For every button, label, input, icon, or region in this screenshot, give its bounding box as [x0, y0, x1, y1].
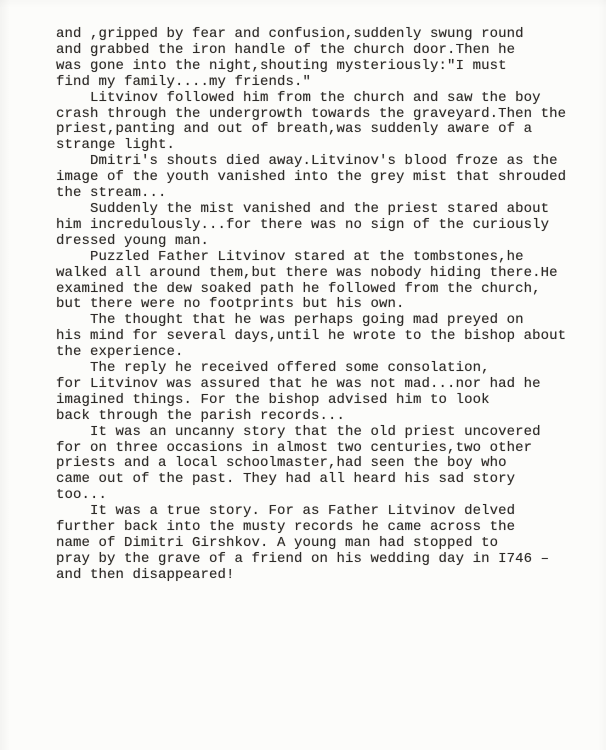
- typewritten-text: and ,gripped by fear and confusion,sudde…: [56, 27, 566, 584]
- typewritten-page: and ,gripped by fear and confusion,sudde…: [0, 0, 606, 750]
